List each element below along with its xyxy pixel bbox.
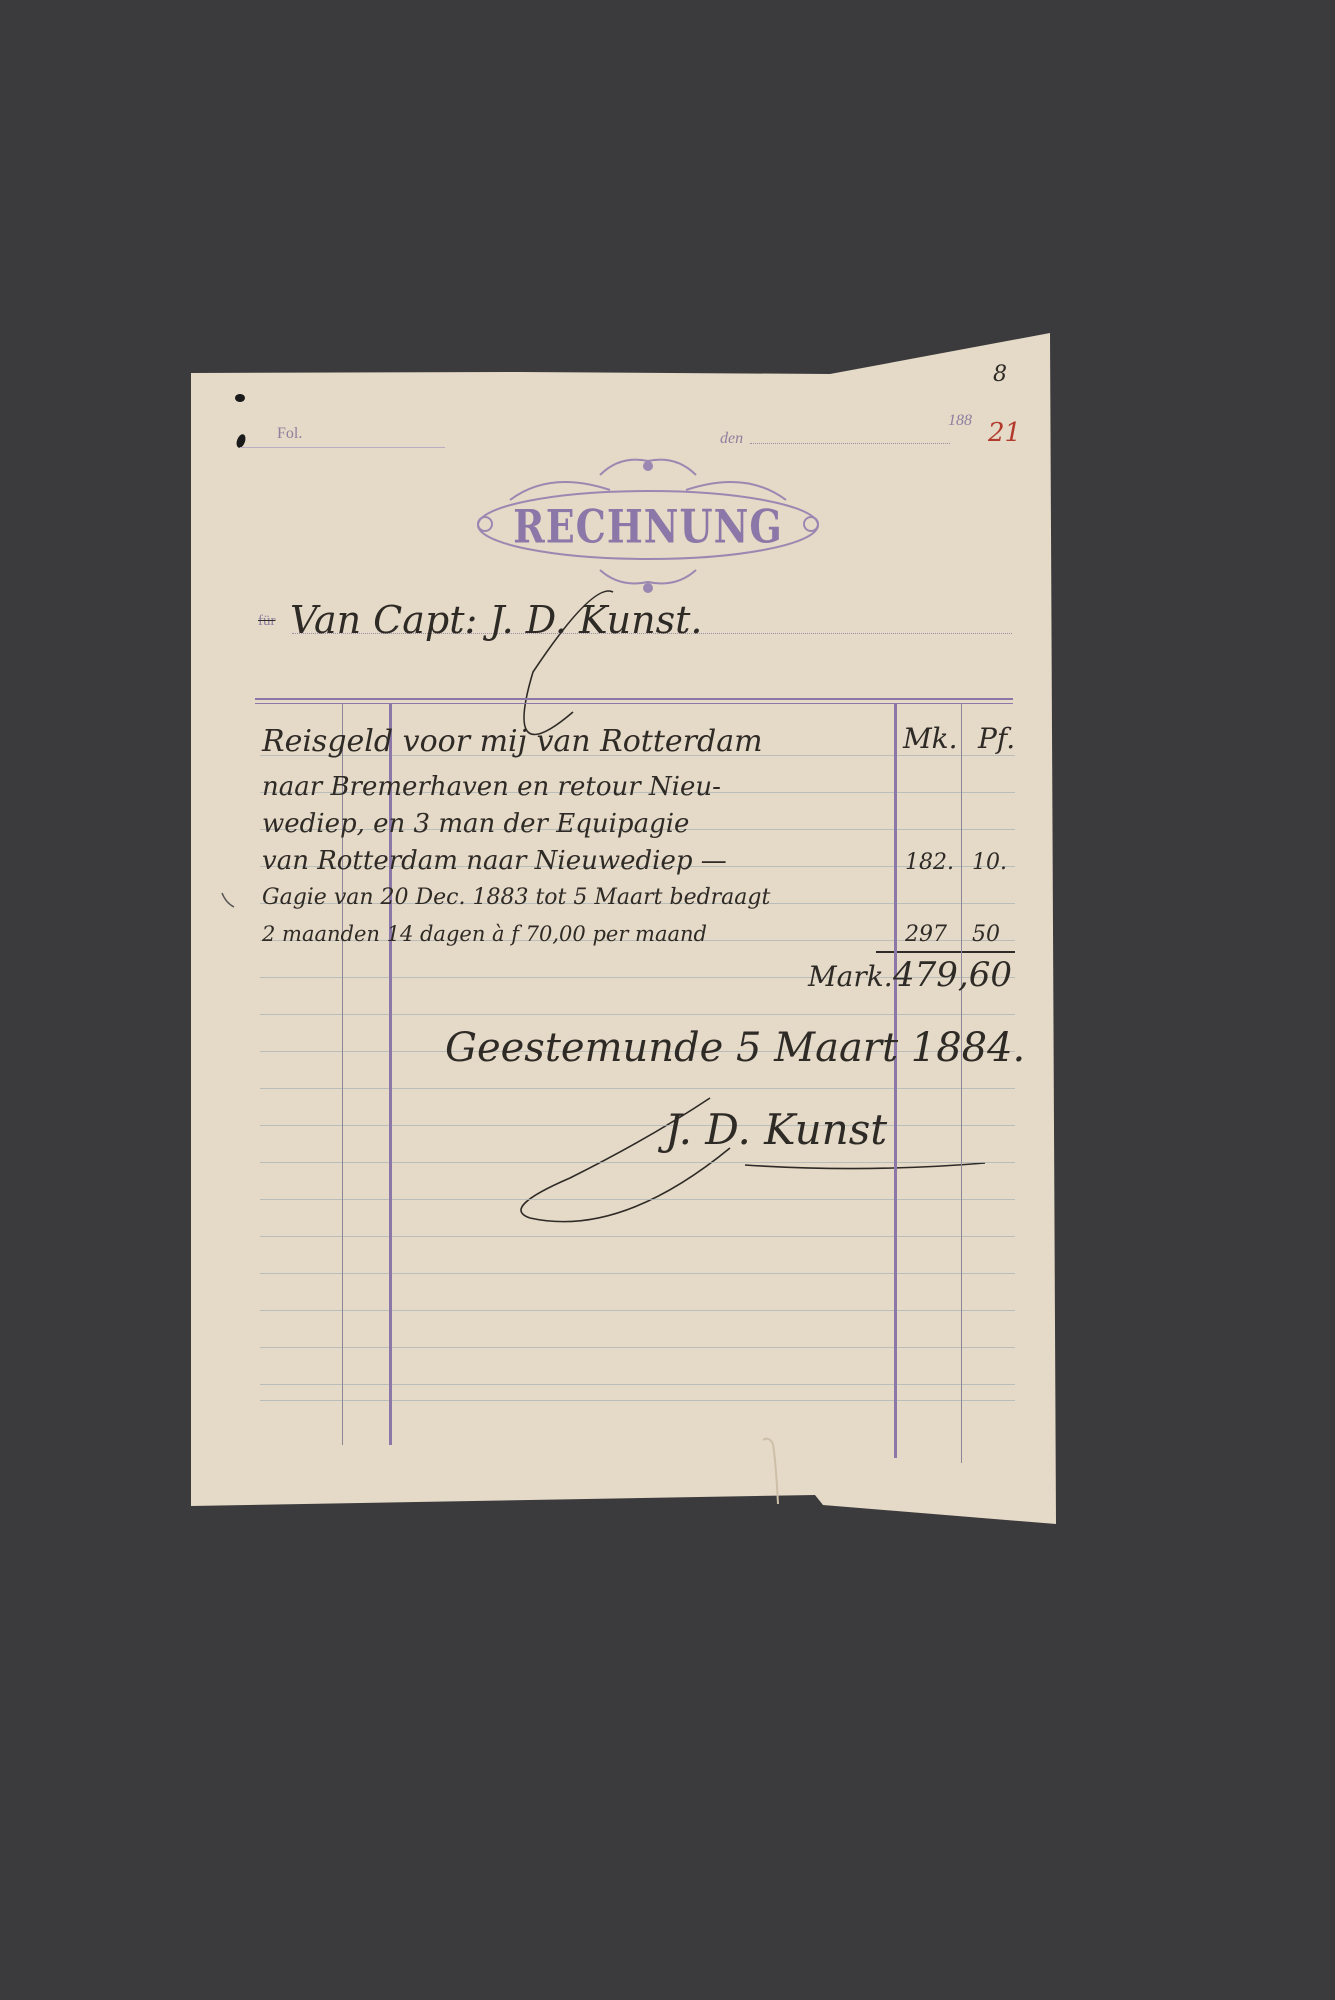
paper-shape — [0, 0, 1335, 2000]
punch-hole-icon — [235, 394, 245, 402]
table-top-rule — [255, 698, 1013, 700]
description-line: Reisgeld voor mij van Rotterdam — [262, 724, 763, 759]
invoice-title: RECHNUNG — [468, 500, 828, 554]
recipient-name: Van Capt: J. D. Kunst. — [290, 598, 702, 642]
amount-pfennig: 10. — [972, 850, 1007, 875]
date-field-line — [750, 443, 950, 444]
mark-column-line — [894, 703, 897, 1458]
amount-pfennig: 50 — [972, 922, 1000, 947]
folio-number-red: 21 — [988, 418, 1021, 448]
place-date: Geestemunde 5 Maart 1884. — [445, 1025, 1025, 1071]
description-line: naar Bremerhaven en retour Nieu- — [262, 772, 721, 802]
fur-label-crossed: für — [258, 613, 276, 630]
mark-column-header: Mk. — [903, 722, 958, 755]
description-line: Gagie van 20 Dec. 1883 tot 5 Maart bedra… — [262, 885, 770, 910]
page-number: 8 — [993, 362, 1007, 387]
amount-mark: 182. — [905, 850, 954, 875]
amount-mark: 297 — [905, 922, 947, 947]
signature: J. D. Kunst — [665, 1105, 887, 1154]
description-line: wediep, en 3 man der Equipagie — [262, 809, 689, 839]
year-prefix: 188 — [948, 412, 972, 430]
total-label: Mark. — [808, 960, 893, 993]
description-line: 2 maanden 14 dagen à f 70,00 per maand — [262, 922, 707, 946]
invoice-paper: Fol. den 188 8 21 RECHNUNG für Van Capt:… — [0, 0, 1335, 2000]
pfennig-column-header: Pf. — [978, 722, 1015, 755]
pfennig-column-line — [961, 703, 962, 1463]
fol-field-line — [240, 447, 445, 448]
den-label: den — [720, 430, 743, 448]
description-line: van Rotterdam naar Nieuwediep — — [262, 846, 727, 876]
invoice-title-ornament: RECHNUNG — [468, 460, 828, 586]
total-value: 479,60 — [893, 955, 1012, 995]
fol-label: Fol. — [277, 425, 302, 443]
